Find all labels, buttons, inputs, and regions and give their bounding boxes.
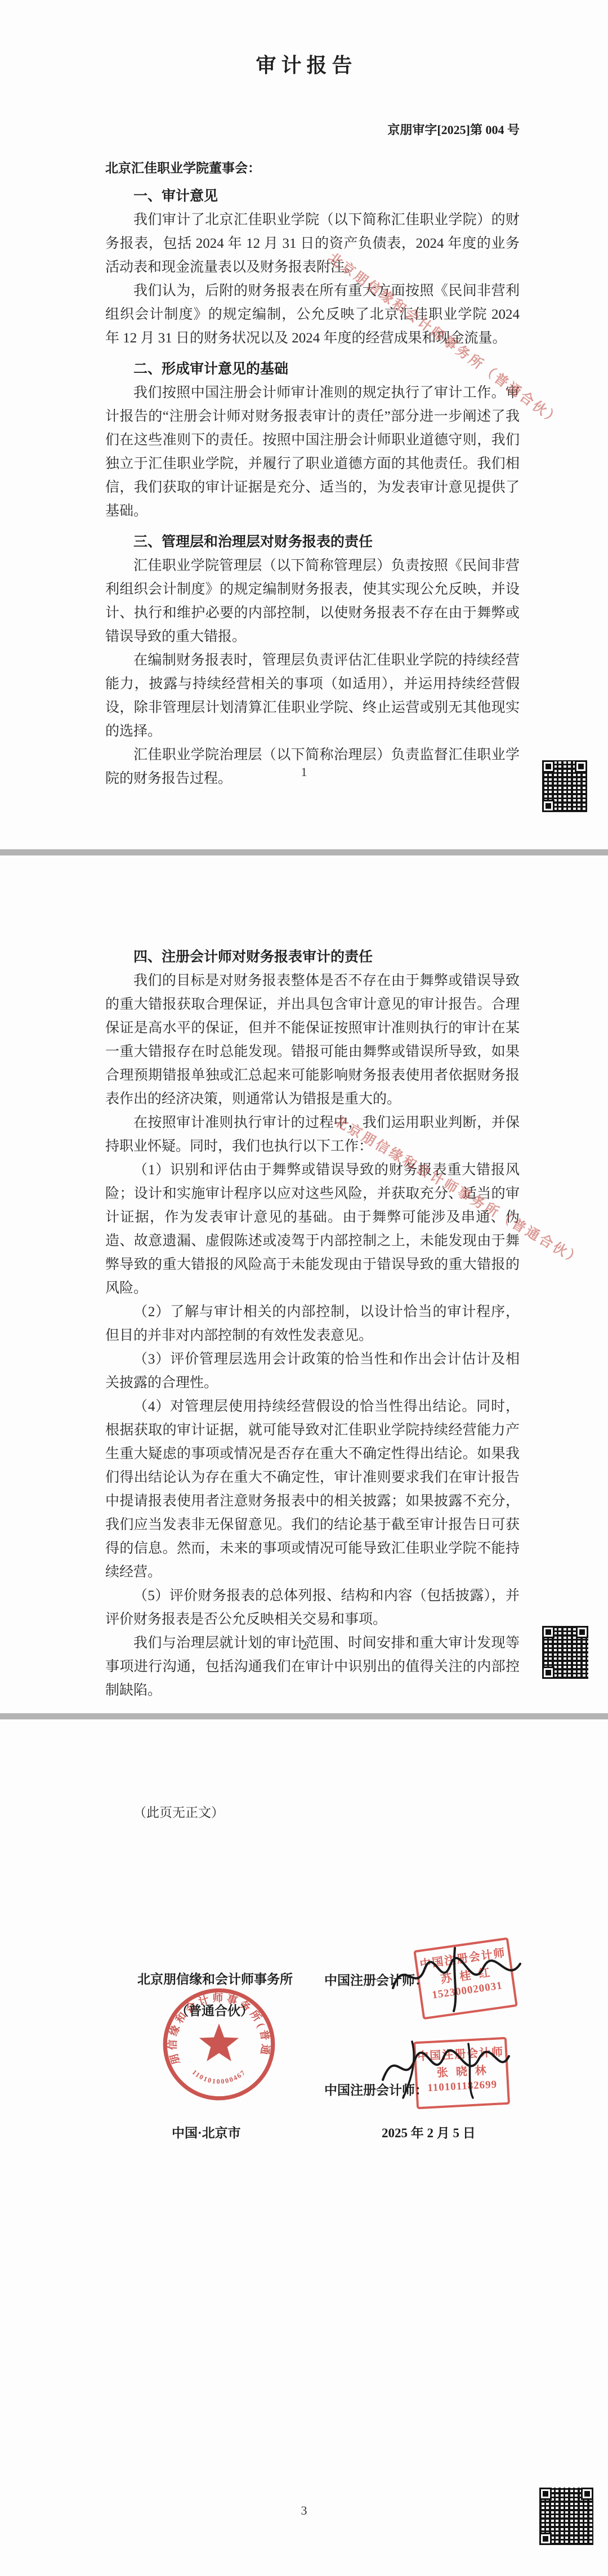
- paragraph: 在按照审计准则执行审计的过程中，我们运用职业判断，并保持职业怀疑。同时，我们也执…: [105, 1111, 520, 1158]
- page-2: 四、注册会计师对财务报表审计的责任 我们的目标是对财务报表整体是否不存在由于舞弊…: [0, 855, 608, 1713]
- star-icon: [199, 2024, 239, 2061]
- qr-code-icon: [542, 1626, 588, 1679]
- document-number: 京朋审字[2025]第 004 号: [387, 121, 520, 138]
- page-separator: [0, 849, 608, 855]
- firm-name: 北京朋信缘和会计师事务所: [137, 1969, 293, 1987]
- paragraph: 我们按照中国注册会计师审计准则的规定执行了审计工作。审计报告的“注册会计师对财务…: [105, 381, 520, 523]
- page-separator: [0, 1713, 608, 1719]
- firm-location: 中国·北京市: [172, 2123, 241, 2141]
- paragraph: 在编制财务报表时，管理层负责评估汇佳职业学院的持续经营能力，披露与持续经营相关的…: [105, 649, 520, 743]
- page-1: 审 计 报 告 京朋审字[2025]第 004 号 北京汇佳职业学院董事会： 一…: [0, 0, 608, 849]
- section-3-heading: 三、管理层和治理层对财务报表的责任: [105, 531, 520, 554]
- section-4-heading: 四、注册会计师对财务报表审计的责任: [105, 946, 520, 969]
- qr-finder-icon: [539, 2533, 552, 2545]
- section-2-heading: 二、形成审计意见的基础: [105, 358, 520, 381]
- page-number: 2: [0, 1638, 608, 1653]
- svg-text:1101010000467: 1101010000467: [191, 2068, 248, 2085]
- qr-finder-icon: [575, 760, 587, 773]
- qr-finder-icon: [581, 2488, 593, 2500]
- qr-code-icon: [539, 2488, 593, 2545]
- qr-finder-icon: [539, 2488, 552, 2500]
- firm-type: （普通合伙）: [176, 2000, 253, 2019]
- paragraph: 汇佳职业学院管理层（以下简称管理层）负责按照《民间非营利组织会计制度》的规定编制…: [105, 554, 520, 649]
- report-title: 审 计 报 告: [0, 50, 608, 78]
- qr-finder-icon: [542, 1666, 555, 1679]
- paragraph: 我们审计了北京汇佳职业学院（以下简称汇佳职业学院）的财务报表，包括 2024 年…: [105, 208, 520, 279]
- qr-finder-icon: [542, 760, 555, 773]
- report-date: 2025 年 2 月 5 日: [382, 2123, 476, 2141]
- qr-finder-icon: [542, 1626, 555, 1638]
- signature-1: [387, 1940, 528, 2013]
- paragraph: （5）评价财务报表的总体列报、结构和内容（包括披露），并评价财务报表是否公允反映…: [105, 1584, 520, 1632]
- addressee-line: 北京汇佳职业学院董事会：: [105, 158, 261, 176]
- qr-finder-icon: [542, 800, 555, 812]
- signature-2: [378, 2035, 513, 2102]
- section-1-heading: 一、审计意见: [105, 185, 520, 208]
- page-1-body: 一、审计意见 我们审计了北京汇佳职业学院（以下简称汇佳职业学院）的财务报表，包括…: [105, 185, 520, 791]
- no-text-note: （此页无正文）: [133, 1802, 224, 1821]
- page-3: （此页无正文） 北京朋信缘和会计师事务所 （普通合伙） 中国注册会计师： 中国注…: [0, 1719, 608, 2576]
- qr-finder-icon: [576, 1626, 588, 1638]
- qr-code-icon: [542, 760, 587, 812]
- paragraph: 我们的目标是对财务报表整体是否不存在由于舞弊或错误导致的重大错报获取合理保证，并…: [105, 969, 520, 1111]
- page-number: 3: [0, 2503, 608, 2518]
- page-2-body: 四、注册会计师对财务报表审计的责任 我们的目标是对财务报表整体是否不存在由于舞弊…: [105, 946, 520, 1703]
- paragraph: （3）评价管理层选用会计政策的恰当性和作出会计估计及相关披露的合理性。: [105, 1348, 520, 1395]
- page-number: 1: [0, 765, 608, 779]
- paragraph: （2）了解与审计相关的内部控制，以设计恰当的审计程序，但目的并非对内部控制的有效…: [105, 1300, 520, 1348]
- paragraph: （4）对管理层使用持续经营假设的恰当性得出结论。同时，根据获取的审计证据，就可能…: [105, 1395, 520, 1584]
- audit-report-scan: 审 计 报 告 京朋审字[2025]第 004 号 北京汇佳职业学院董事会： 一…: [0, 0, 608, 2576]
- seal-number: 1101010000467: [191, 2068, 248, 2085]
